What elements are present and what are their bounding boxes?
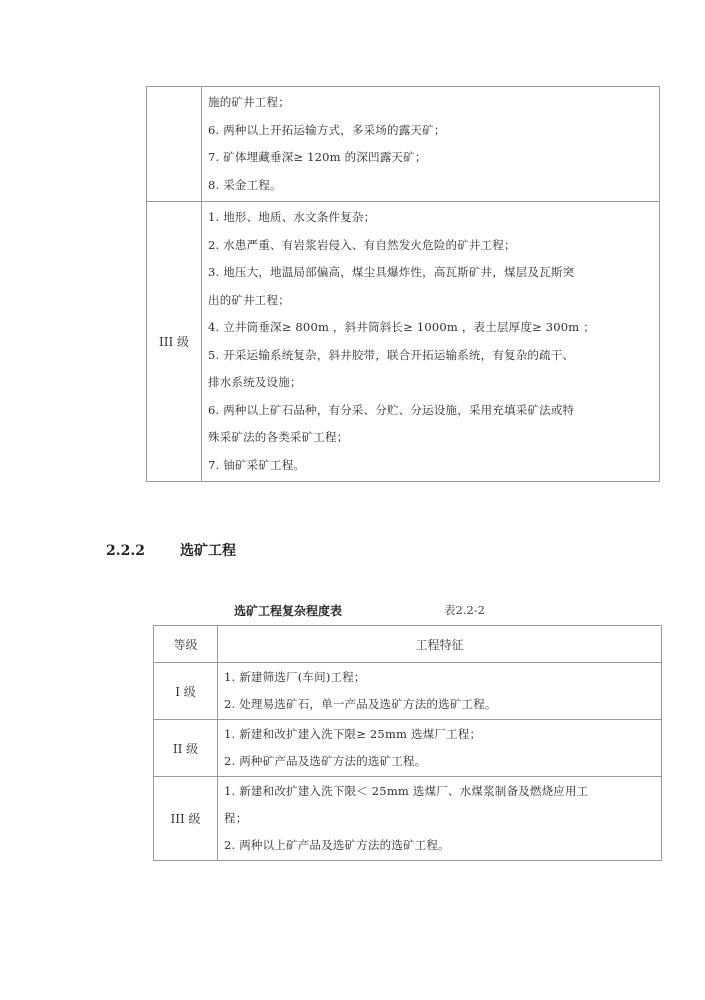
features-cell: 1. 新建筛选厂(车间)工程； 2. 处理易选矿石，单一产品及选矿方法的选矿工程… [218,663,662,720]
feature-line: 施的矿井工程； [208,89,653,117]
feature-line: 8. 采金工程。 [208,172,653,200]
beneficiation-complexity-table: 等级 工程特征 I 级 1. 新建筛选厂(车间)工程； 2. 处理易选矿石，单一… [153,625,662,861]
table-row: 施的矿井工程； 6. 两种以上开拓运输方式，多采场的露天矿； 7. 矿体埋藏垂深… [147,87,660,202]
table-caption: 选矿工程复杂程度表 [234,602,342,619]
features-cell: 1. 新建和改扩建入洗下限≥ 25mm 选煤厂工程； 2. 两种矿产品及选矿方法… [218,720,662,777]
header-features: 工程特征 [218,626,662,663]
grade-cell: III 级 [154,777,218,861]
grade-cell: I 级 [154,663,218,720]
feature-line: 1. 地形、地质、水文条件复杂； [208,204,653,232]
table-row: III 级 1. 地形、地质、水文条件复杂； 2. 水患严重、有岩浆岩侵入、有自… [147,202,660,482]
feature-line: 出的矿井工程； [208,287,653,315]
section-heading: 2.2.2选矿工程 [106,540,236,560]
feature-line: 6. 两种以上开拓运输方式，多采场的露天矿； [208,117,653,145]
features-cell: 1. 新建和改扩建入洗下限＜ 25mm 选煤厂、水煤浆制备及燃烧应用工 程； 2… [218,777,662,861]
feature-line: 2. 处理易选矿石，单一产品及选矿方法的选矿工程。 [224,691,655,718]
features-cell: 施的矿井工程； 6. 两种以上开拓运输方式，多采场的露天矿； 7. 矿体埋藏垂深… [202,87,660,202]
section-number: 2.2.2 [106,543,180,559]
feature-line: 排水系统及设施； [208,369,653,397]
feature-line: 7. 矿体埋藏垂深≥ 120m 的深凹露天矿； [208,144,653,172]
feature-line: 2. 两种矿产品及选矿方法的选矿工程。 [224,748,655,775]
feature-line: 3. 地压大，地温局部偏高，煤尘具爆炸性，高瓦斯矿井，煤层及瓦斯突 [208,259,653,287]
feature-line: 2. 水患严重、有岩浆岩侵入、有自然发火危险的矿井工程； [208,232,653,260]
header-grade: 等级 [154,626,218,663]
grade-cell: II 级 [154,720,218,777]
feature-line: 1. 新建筛选厂(车间)工程； [224,664,655,691]
table-number: 表2.2-2 [444,602,485,618]
mining-complexity-table-continued: 施的矿井工程； 6. 两种以上开拓运输方式，多采场的露天矿； 7. 矿体埋藏垂深… [146,86,660,482]
table-row: III 级 1. 新建和改扩建入洗下限＜ 25mm 选煤厂、水煤浆制备及燃烧应用… [154,777,662,861]
feature-line: 殊采矿法的各类采矿工程； [208,424,653,452]
grade-cell: III 级 [147,202,202,482]
feature-line: 2. 两种以上矿产品及选矿方法的选矿工程。 [224,832,655,859]
table-row: I 级 1. 新建筛选厂(车间)工程； 2. 处理易选矿石，单一产品及选矿方法的… [154,663,662,720]
table-row: II 级 1. 新建和改扩建入洗下限≥ 25mm 选煤厂工程； 2. 两种矿产品… [154,720,662,777]
feature-line: 6. 两种以上矿石品种，有分采、分贮、分运设施，采用充填采矿法或特 [208,397,653,425]
feature-line: 程； [224,805,655,832]
grade-cell [147,87,202,202]
feature-line: 7. 铀矿采矿工程。 [208,452,653,480]
table-header-row: 等级 工程特征 [154,626,662,663]
feature-line: 1. 新建和改扩建入洗下限≥ 25mm 选煤厂工程； [224,721,655,748]
section-title: 选矿工程 [180,543,236,559]
feature-line: 4. 立井筒垂深≥ 800m ，斜井筒斜长≥ 1000m ，表土层厚度≥ 300… [208,314,653,342]
feature-line: 5. 开采运输系统复杂，斜井胶带，联合开拓运输系统，有复杂的疏干、 [208,342,653,370]
feature-line: 1. 新建和改扩建入洗下限＜ 25mm 选煤厂、水煤浆制备及燃烧应用工 [224,778,655,805]
features-cell: 1. 地形、地质、水文条件复杂； 2. 水患严重、有岩浆岩侵入、有自然发火危险的… [202,202,660,482]
